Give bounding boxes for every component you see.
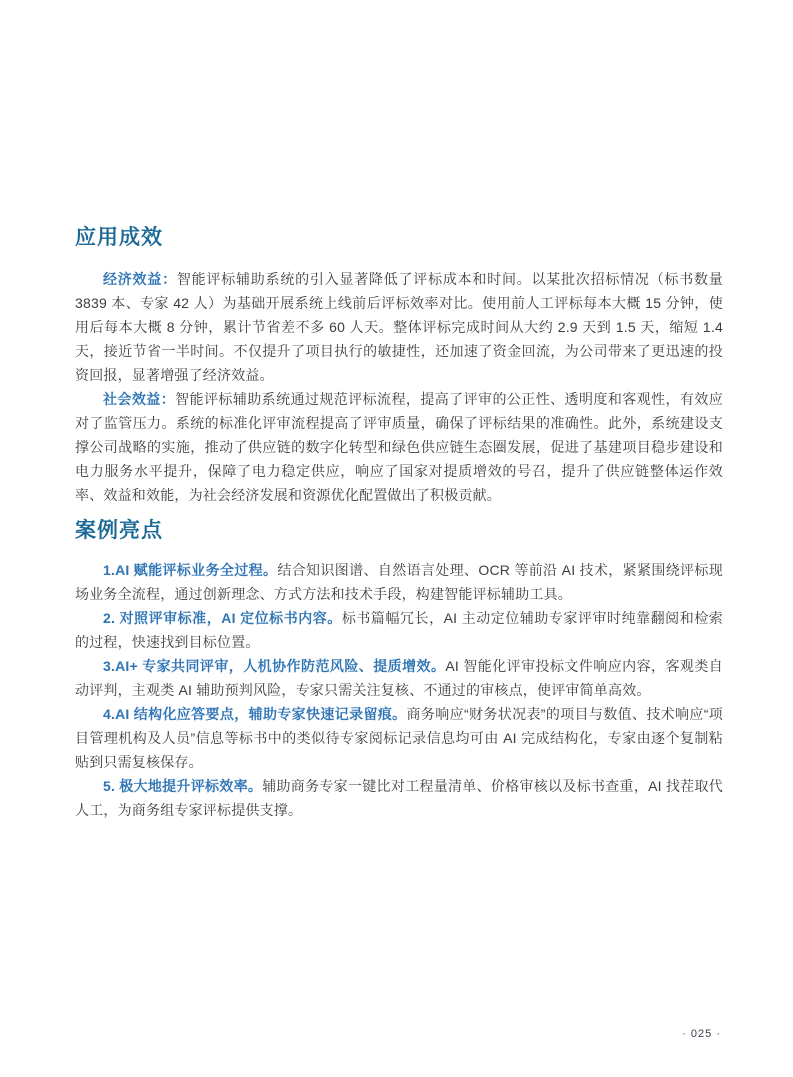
paragraph-lead-social: 社会效益： xyxy=(103,391,175,407)
page-content: 应用成效 经济效益：智能评标辅助系统的引入显著降低了评标成本和时间。以某批次招标… xyxy=(75,224,723,822)
highlight-item-5: 5. 极大地提升评标效率。辅助商务专家一键比对工程量清单、价格审核以及标书查重，… xyxy=(75,774,723,822)
highlight-lead-1: 1.AI 赋能评标业务全过程。 xyxy=(103,562,277,578)
highlight-item-1: 1.AI 赋能评标业务全过程。结合知识图谱、自然语言处理、OCR 等前沿 AI … xyxy=(75,558,723,606)
document-page: 应用成效 经济效益：智能评标辅助系统的引入显著降低了评标成本和时间。以某批次招标… xyxy=(0,0,793,1077)
highlight-lead-3: 3.AI+ 专家共同评审，人机协作防范风险、提质增效。 xyxy=(103,658,445,674)
highlight-item-4: 4.AI 结构化应答要点，辅助专家快速记录留痕。商务响应“财务状况表”的项目与数… xyxy=(75,702,723,774)
paragraph-lead-economic: 经济效益： xyxy=(103,271,177,287)
paragraph-text-economic: 智能评标辅助系统的引入显著降低了评标成本和时间。以某批次招标情况（标书数量 38… xyxy=(75,271,723,383)
highlight-lead-2: 2. 对照评审标准，AI 定位标书内容。 xyxy=(103,610,342,626)
paragraph-economic-benefit: 经济效益：智能评标辅助系统的引入显著降低了评标成本和时间。以某批次招标情况（标书… xyxy=(75,267,723,387)
paragraph-social-benefit: 社会效益：智能评标辅助系统通过规范评标流程，提高了评审的公正性、透明度和客观性，… xyxy=(75,387,723,507)
highlight-lead-4: 4.AI 结构化应答要点，辅助专家快速记录留痕。 xyxy=(103,706,407,722)
highlight-item-2: 2. 对照评审标准，AI 定位标书内容。标书篇幅冗长，AI 主动定位辅助专家评审… xyxy=(75,606,723,654)
highlight-lead-5: 5. 极大地提升评标效率。 xyxy=(103,778,262,794)
section-title-case-highlights: 案例亮点 xyxy=(75,517,723,545)
highlight-item-3: 3.AI+ 专家共同评审，人机协作防范风险、提质增效。AI 智能化评审投标文件响… xyxy=(75,654,723,702)
paragraph-text-social: 智能评标辅助系统通过规范评标流程，提高了评审的公正性、透明度和客观性，有效应对了… xyxy=(75,391,723,503)
section-title-application-results: 应用成效 xyxy=(75,224,723,252)
page-number: · 025 · xyxy=(682,1027,721,1041)
